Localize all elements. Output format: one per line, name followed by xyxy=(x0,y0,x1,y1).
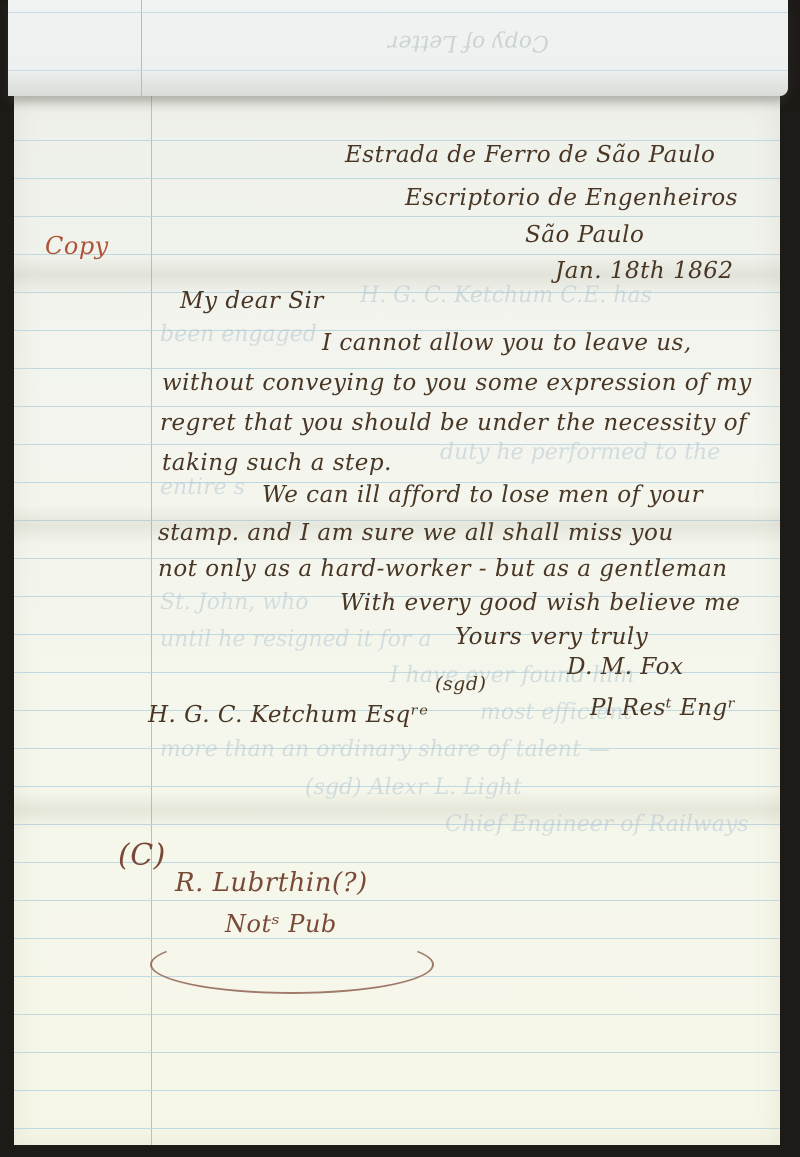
notary-title: Notˢ Pub xyxy=(225,910,337,938)
flap-bleed-through: Copy of Letter xyxy=(388,30,549,55)
body-line: We can ill afford to lose men of your xyxy=(262,482,703,508)
rule-line xyxy=(8,12,788,13)
signature-flourish xyxy=(150,935,434,994)
body-line: without conveying to you some expression… xyxy=(162,370,752,396)
paper-fold xyxy=(14,790,780,830)
rule-line xyxy=(14,178,780,179)
copy-annotation: Copy xyxy=(45,232,109,260)
rule-line xyxy=(14,368,780,369)
margin-line xyxy=(141,0,142,96)
signature-title: Pl Resᵗ Engʳ xyxy=(590,695,736,721)
closing: Yours very truly xyxy=(455,624,648,650)
notary-signature: R. Lubrthin(?) xyxy=(175,868,368,898)
attestation-mark: (C) xyxy=(118,838,166,873)
rule-line xyxy=(14,216,780,217)
letter-date: Jan. 18th 1862 xyxy=(555,258,734,284)
folded-flap: Copy of Letter xyxy=(8,0,788,96)
signed-mark: (sgd) xyxy=(435,673,486,695)
addressee: H. G. C. Ketchum Esqʳᵉ xyxy=(148,702,429,728)
letter-sheet xyxy=(14,95,780,1145)
body-line: I cannot allow you to leave us, xyxy=(322,330,692,356)
heading-office: Escriptorio de Engenheiros xyxy=(405,185,738,211)
heading-city: São Paulo xyxy=(525,222,644,248)
body-line: taking such a step. xyxy=(162,450,392,476)
body-line: regret that you should be under the nece… xyxy=(160,410,747,436)
rule-line xyxy=(14,748,780,749)
rule-line xyxy=(14,634,780,635)
body-line: With every good wish believe me xyxy=(340,590,740,616)
rule-line xyxy=(8,70,788,71)
heading-company: Estrada de Ferro de São Paulo xyxy=(345,142,715,168)
rule-line xyxy=(14,1052,780,1053)
body-line: stamp. and I am sure we all shall miss y… xyxy=(158,520,674,546)
margin-line xyxy=(151,95,152,1145)
rule-line xyxy=(14,1128,780,1129)
rule-line xyxy=(14,406,780,407)
rule-line xyxy=(14,786,780,787)
body-line: not only as a hard-worker - but as a gen… xyxy=(158,556,728,582)
rule-line xyxy=(14,1090,780,1091)
rule-line xyxy=(14,900,780,901)
rule-line xyxy=(14,1014,780,1015)
rule-line xyxy=(14,444,780,445)
salutation: My dear Sir xyxy=(180,288,324,314)
rule-line xyxy=(14,140,780,141)
rule-line xyxy=(14,938,780,939)
signature: D. M. Fox xyxy=(567,654,683,680)
